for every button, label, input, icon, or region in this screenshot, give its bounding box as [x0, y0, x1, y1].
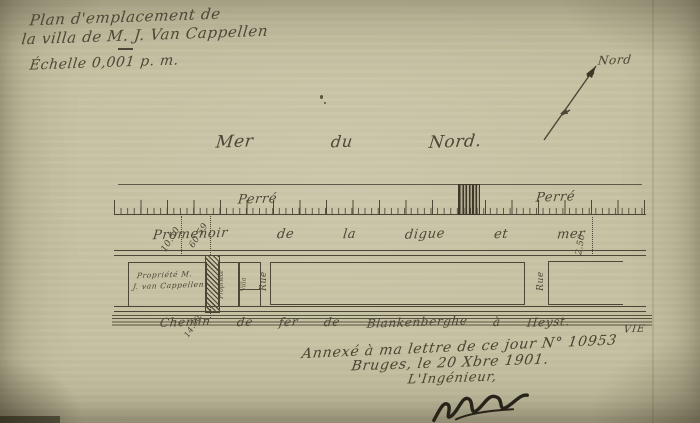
promenade-label: Promenoir de la digue et mer	[153, 227, 585, 242]
railway-word-2: de	[236, 315, 254, 330]
property-block: Propriété M. J. van Cappellen	[128, 262, 207, 307]
photo-corner-shadow	[0, 416, 60, 423]
villa-annex-label-line1: Propriété	[218, 270, 225, 299]
title-underline-dash	[118, 48, 133, 50]
scale-label: Échelle 0,001 p. m.	[29, 52, 180, 73]
north-label: Nord	[597, 52, 632, 67]
rue-label-right: Rue	[536, 271, 546, 291]
sea-word-2: du	[329, 132, 353, 153]
railway-word-4: de	[324, 315, 342, 330]
right-building-block	[548, 261, 623, 305]
street-double-line	[114, 306, 646, 312]
property-label-line2: J. van Cappellen	[132, 280, 206, 292]
villa-annex-box: Propriété Villa	[218, 262, 240, 307]
ink-speck	[320, 95, 323, 99]
promenade-word-5: et	[493, 227, 509, 242]
rue-label-left: Rue	[259, 271, 269, 291]
parcel-divider-line	[239, 289, 260, 290]
promenade-word-6: mer	[556, 227, 586, 243]
promenade-word-1: Promenoir	[152, 226, 229, 244]
promenade-word-2: de	[276, 227, 295, 243]
sea-word-3: Nord.	[428, 131, 483, 153]
railway-word-5: Blankenberghe	[366, 313, 468, 330]
scanned-plan-document: Plan d'emplacement de la villa de M. J. …	[0, 0, 700, 423]
sea-label: Mer du Nord.	[216, 132, 482, 152]
railway-word-7: Heyst.	[526, 314, 570, 329]
railway-label: Chemin de fer de Blankenberghe à Heyst.	[160, 315, 570, 329]
paper-crease-line	[652, 0, 654, 423]
property-label-line1: Propriété M.	[136, 269, 206, 280]
divided-parcel-box	[238, 262, 261, 307]
dimension-line-right	[592, 217, 593, 254]
sea-word-1: Mer	[215, 131, 255, 152]
promenade-word-4: digue	[404, 226, 446, 242]
railway-word-6: à	[492, 315, 501, 329]
dike-top-line	[118, 184, 642, 185]
perre-label-left: Perré	[237, 191, 278, 207]
railway-word-3: fer	[278, 315, 299, 330]
perre-label-right: Perré	[535, 189, 576, 205]
promenade-word-3: la	[342, 227, 357, 242]
promenade-double-line	[114, 250, 646, 256]
dike-crosshatch-block	[458, 184, 480, 215]
middle-building-block	[270, 262, 525, 305]
ink-speck-small	[324, 102, 326, 104]
annex-note-superscript: VIE	[623, 324, 646, 336]
railway-word-1: Chemin	[159, 314, 211, 330]
